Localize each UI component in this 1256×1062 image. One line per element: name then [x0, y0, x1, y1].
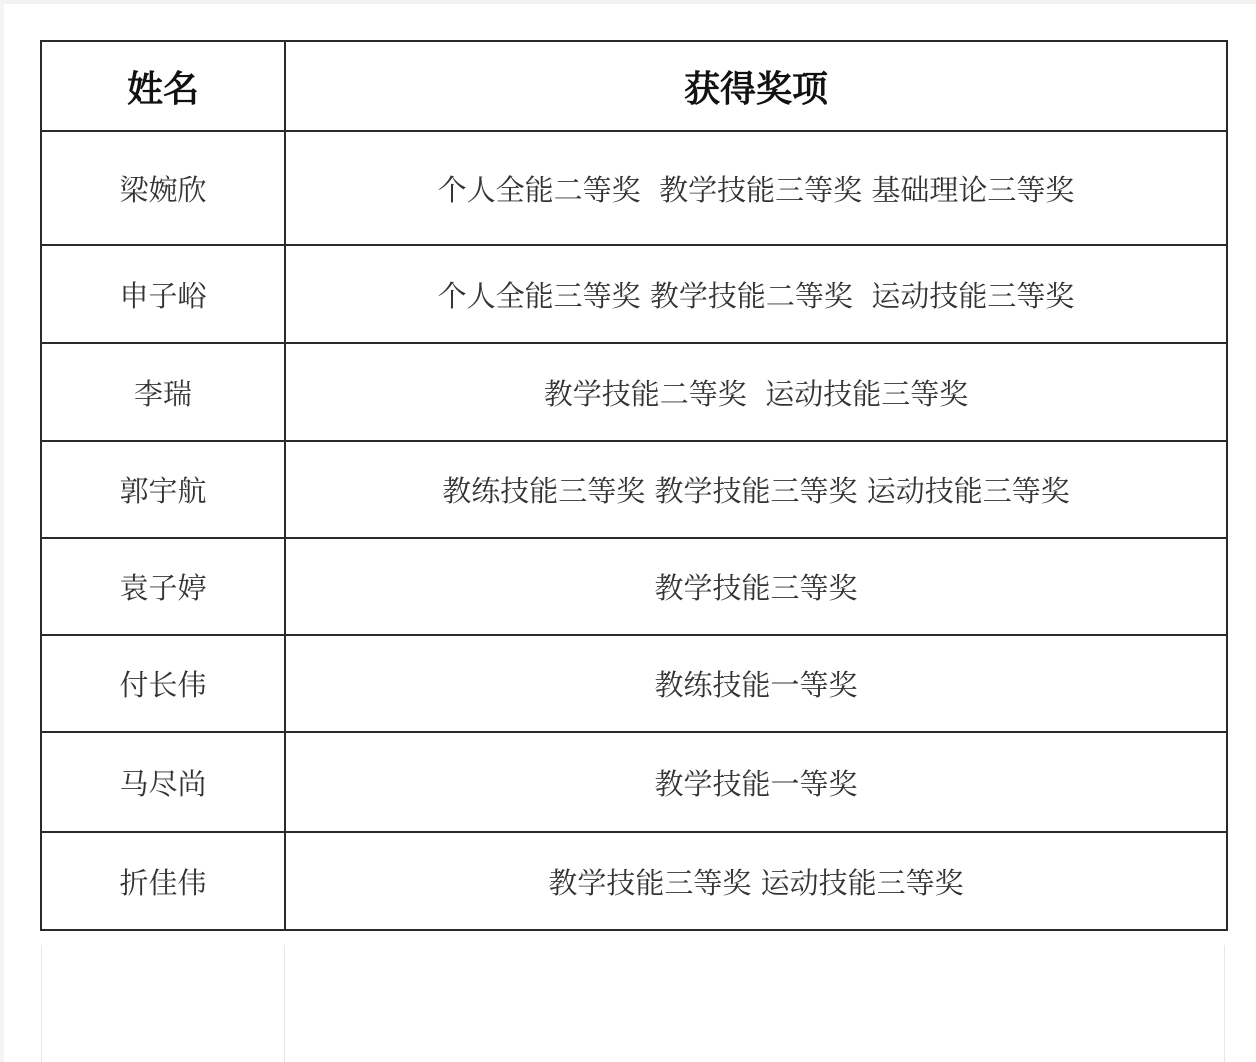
cell-name: 付长伟 — [41, 635, 285, 732]
faint-gridline — [41, 945, 42, 1062]
awards-table: 姓名 获得奖项 梁婉欣 个人全能二等奖 教学技能三等奖 基础理论三等奖 申子峪 … — [40, 40, 1228, 931]
cell-name: 折佳伟 — [41, 832, 285, 930]
cell-awards: 教学技能三等奖 运动技能三等奖 — [285, 832, 1227, 930]
cell-name: 梁婉欣 — [41, 131, 285, 245]
faint-gridline — [284, 945, 285, 1062]
table-row: 郭宇航 教练技能三等奖 教学技能三等奖 运动技能三等奖 — [41, 441, 1227, 538]
table-row: 梁婉欣 个人全能二等奖 教学技能三等奖 基础理论三等奖 — [41, 131, 1227, 245]
cell-awards: 教练技能三等奖 教学技能三等奖 运动技能三等奖 — [285, 441, 1227, 538]
header-awards: 获得奖项 — [285, 41, 1227, 131]
table-row: 申子峪 个人全能三等奖 教学技能二等奖 运动技能三等奖 — [41, 245, 1227, 343]
cell-name: 申子峪 — [41, 245, 285, 343]
cell-name: 李瑞 — [41, 343, 285, 441]
cell-awards: 个人全能二等奖 教学技能三等奖 基础理论三等奖 — [285, 131, 1227, 245]
cell-awards: 教练技能一等奖 — [285, 635, 1227, 732]
table-row: 李瑞 教学技能二等奖 运动技能三等奖 — [41, 343, 1227, 441]
cell-name: 马尽尚 — [41, 732, 285, 832]
cell-awards: 教学技能一等奖 — [285, 732, 1227, 832]
document-page: 姓名 获得奖项 梁婉欣 个人全能二等奖 教学技能三等奖 基础理论三等奖 申子峪 … — [0, 0, 1256, 1062]
table-row: 付长伟 教练技能一等奖 — [41, 635, 1227, 732]
cell-name: 袁子婷 — [41, 538, 285, 635]
cell-awards: 教学技能三等奖 — [285, 538, 1227, 635]
cell-awards: 教学技能二等奖 运动技能三等奖 — [285, 343, 1227, 441]
cell-name: 郭宇航 — [41, 441, 285, 538]
faint-gridline — [1224, 945, 1225, 1062]
table-row: 折佳伟 教学技能三等奖 运动技能三等奖 — [41, 832, 1227, 930]
table-row: 袁子婷 教学技能三等奖 — [41, 538, 1227, 635]
table-header-row: 姓名 获得奖项 — [41, 41, 1227, 131]
table-row: 马尽尚 教学技能一等奖 — [41, 732, 1227, 832]
cell-awards: 个人全能三等奖 教学技能二等奖 运动技能三等奖 — [285, 245, 1227, 343]
header-name: 姓名 — [41, 41, 285, 131]
